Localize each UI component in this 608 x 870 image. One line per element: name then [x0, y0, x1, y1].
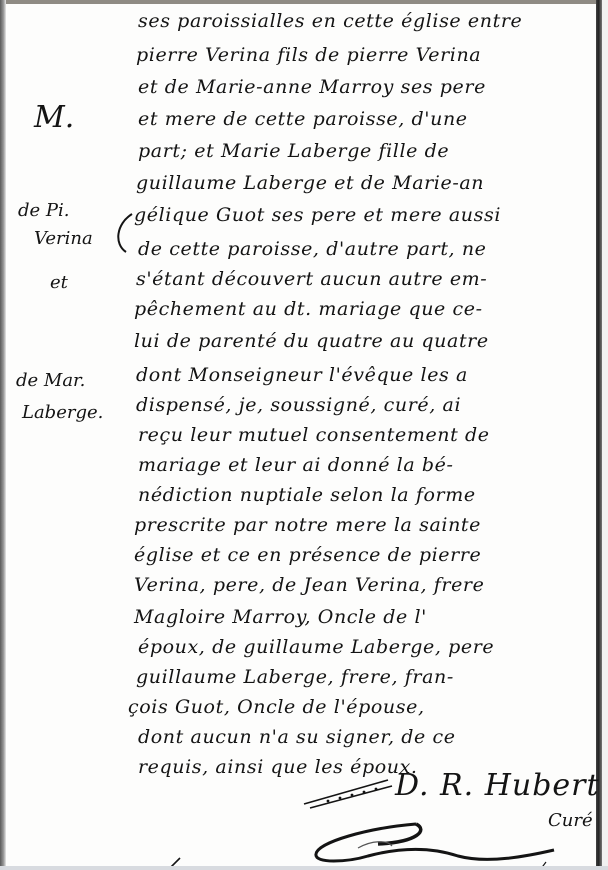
body-line-4: et mere de cette paroisse, d'une	[138, 108, 468, 130]
body-line-20: Magloire Marroy, Oncle de l'	[134, 606, 427, 628]
page-bottom-edge	[0, 866, 608, 870]
body-line-9: s'étant découvert aucun autre em-	[136, 268, 487, 290]
body-line-19: Verina, pere, de Jean Verina, frere	[134, 574, 484, 596]
page-binding-edge	[0, 0, 6, 870]
body-line-21: époux, de guillaume Laberge, pere	[138, 636, 494, 658]
body-line-5: part; et Marie Laberge fille de	[138, 140, 449, 162]
body-line-6: guillaume Laberge et de Marie-an	[136, 172, 484, 194]
register-page: M. de Pi. Verina et de Mar. Laberge. ses…	[0, 0, 608, 870]
body-line-11: lui de parenté du quatre au quatre	[134, 330, 489, 352]
page-right-margin	[602, 0, 608, 870]
priest-signature: D. R. Hubert	[395, 768, 600, 803]
body-line-23: çois Guot, Oncle de l'épouse,	[128, 696, 425, 718]
body-line-16: nédiction nuptiale selon la forme	[138, 484, 476, 506]
body-line-2: pierre Verina fils de pierre Verina	[136, 44, 481, 66]
body-line-7: gélique Guot ses pere et mere aussi	[134, 204, 501, 226]
body-line-15: mariage et leur ai donné la bé-	[138, 454, 454, 476]
body-line-12: dont Monseigneur l'évêque les a	[136, 364, 468, 386]
margin-note-groom-surname: Verina	[34, 228, 93, 249]
body-line-18: église et ce en présence de pierre	[134, 544, 481, 566]
body-line-10: pêchement au dt. mariage que ce-	[134, 298, 483, 320]
margin-note-groom-prefix: de Pi.	[18, 200, 70, 221]
signature-flourish-icon	[300, 770, 395, 810]
body-line-1: ses paroissialles en cette église entre	[138, 10, 522, 32]
margin-note-bride-surname: Laberge.	[22, 402, 103, 423]
body-line-8: de cette paroisse, d'autre part, ne	[138, 238, 487, 260]
body-line-14: reçu leur mutuel consentement de	[138, 424, 490, 446]
body-line-24: dont aucun n'a su signer, de ce	[138, 726, 456, 748]
body-line-22: guillaume Laberge, frere, fran-	[136, 666, 454, 688]
margin-note-conjunction: et	[50, 272, 68, 293]
margin-note-bride-prefix: de Mar.	[16, 370, 85, 391]
body-line-3: et de Marie-anne Marroy ses pere	[138, 76, 486, 98]
body-line-13: dispensé, je, soussigné, curé, ai	[136, 394, 461, 416]
page-top-edge	[0, 0, 608, 4]
margin-initial: M.	[34, 100, 74, 135]
body-line-17: prescrite par notre mere la sainte	[134, 514, 481, 536]
